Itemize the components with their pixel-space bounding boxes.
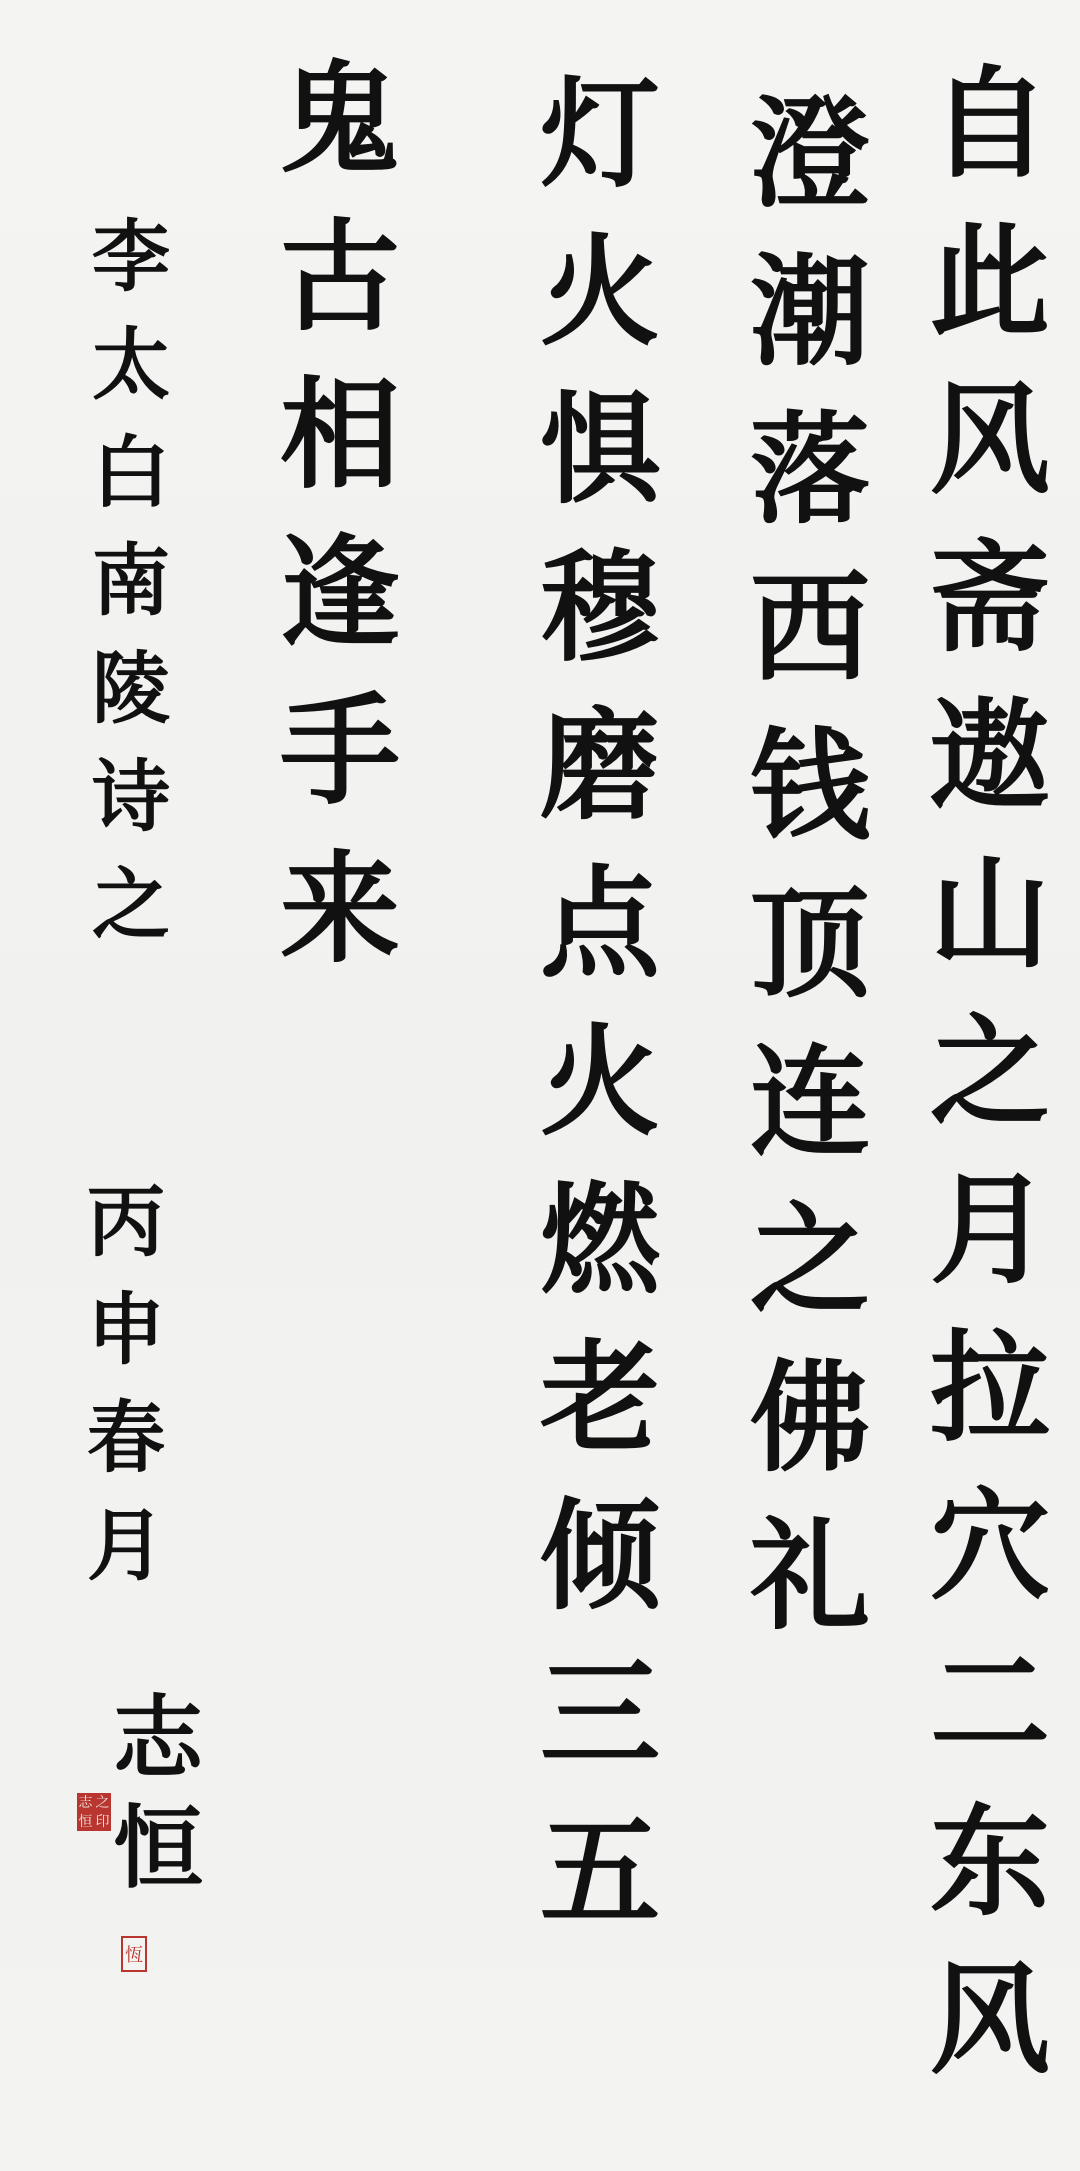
text-column-3: 灯火惧穆磨点火燃老倾三五: [530, 70, 650, 1966]
inscription-attribution: 李太白南陵诗之: [85, 215, 163, 971]
inscription-date: 丙申春月: [80, 1180, 158, 1612]
name-seal: 志之 恒印: [77, 1793, 111, 1831]
text-column-2: 澄潮落西钱顶连之佛礼: [740, 90, 860, 1670]
text-column-1: 自此风斋遨山之月拉穴二东风: [920, 60, 1040, 2114]
text-column-4: 鬼古相逢手来: [270, 55, 390, 1003]
seal-char: 之: [96, 1796, 110, 1810]
seal-char: 印: [96, 1815, 110, 1829]
seal-char: 恒: [79, 1815, 93, 1829]
signature: 志恒: [105, 1690, 195, 1910]
seal-char: 志: [79, 1796, 93, 1810]
leisure-seal: 恆: [121, 1936, 147, 1972]
